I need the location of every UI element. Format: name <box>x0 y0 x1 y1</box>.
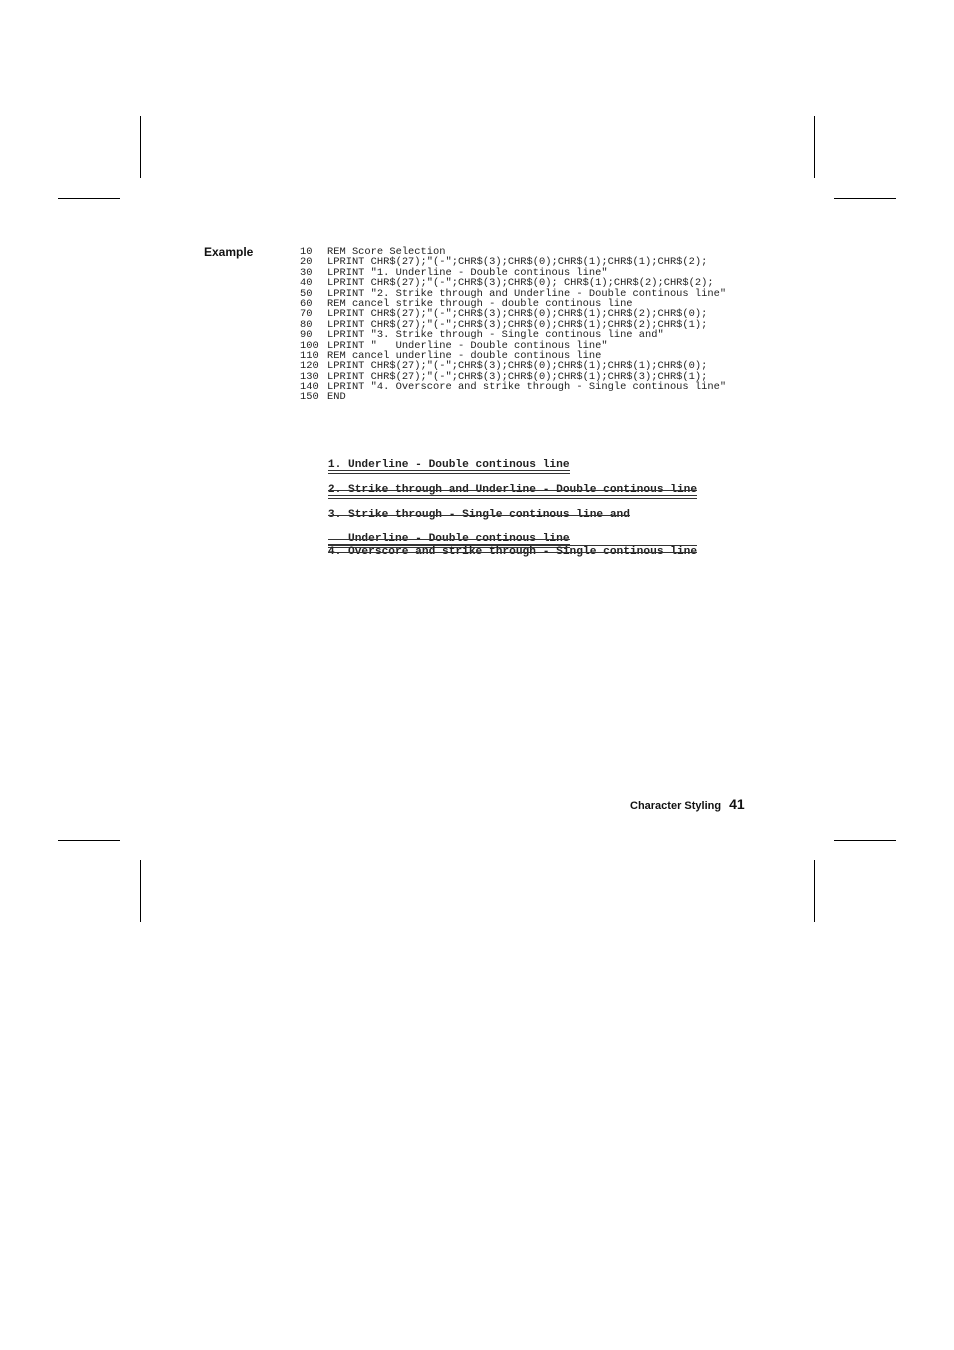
crop-mark-top-left-horizontal <box>58 198 120 199</box>
printed-output-sample: 1. Underline - Double continous line 2. … <box>301 447 314 507</box>
line-number: 90 <box>300 330 327 340</box>
code-line: 140LPRINT "4. Overscore and strike throu… <box>300 382 726 392</box>
page-number: 41 <box>729 796 745 812</box>
crop-mark-top-left-vertical <box>140 116 141 178</box>
line-number: 150 <box>300 392 327 402</box>
section-label: Example <box>204 245 253 259</box>
crop-mark-bottom-right-vertical <box>814 860 815 922</box>
page-footer: Character Styling41 <box>630 796 745 814</box>
output-overscore-strike-sample: 4. Overscore and strike through - Single… <box>301 534 697 570</box>
code-text: END <box>327 391 346 403</box>
output-line: 4. Overscore and strike through - Single… <box>328 546 697 558</box>
crop-mark-bottom-right-horizontal <box>834 840 896 841</box>
code-line: 150END <box>300 392 726 402</box>
crop-mark-bottom-left-horizontal <box>58 840 120 841</box>
code-listing: 10REM Score Selection20LPRINT CHR$(27);"… <box>300 247 726 403</box>
crop-mark-top-right-horizontal <box>834 198 896 199</box>
output-line: 2. Strike through and Underline - Double… <box>328 484 697 496</box>
crop-mark-top-right-vertical <box>814 116 815 178</box>
chapter-title: Character Styling <box>630 800 721 812</box>
code-text: LPRINT "4. Overscore and strike through … <box>327 381 726 393</box>
crop-mark-bottom-left-vertical <box>140 860 141 922</box>
output-line: 1. Underline - Double continous line <box>328 459 570 471</box>
output-line: 3. Strike through - Single continous lin… <box>328 509 630 521</box>
